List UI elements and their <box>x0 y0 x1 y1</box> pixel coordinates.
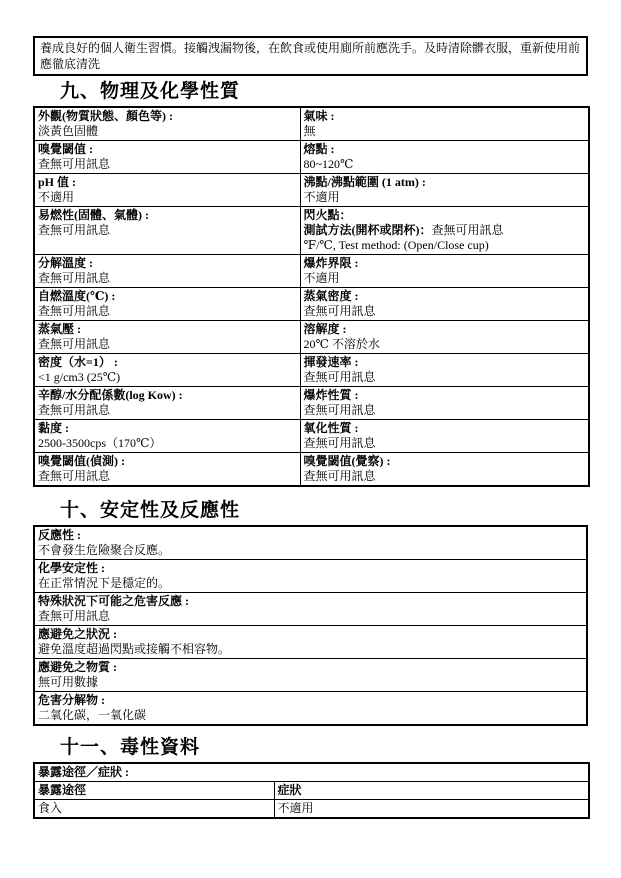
table-row: 嗅覺閾值(偵測) : 查無可用訊息 嗅覺閾值(覺察) : 查無可用訊息 <box>34 453 589 487</box>
table-row: 特殊狀況下可能之危害反應 : 查無可用訊息 <box>34 593 587 626</box>
property-label: 熔點 : <box>304 142 586 157</box>
property-value: 在正常情況下是穩定的。 <box>38 576 583 591</box>
table-row: 危害分解物 : 二氧化碳，一氧化碳 <box>34 692 587 726</box>
table-row: pH 值 : 不適用 沸點/沸點範圍 (1 atm) : 不適用 <box>34 174 589 207</box>
property-cell: 嗅覺閾值(偵測) : 查無可用訊息 <box>34 453 300 487</box>
property-value: 避免溫度超過閃點或接觸不相容物。 <box>38 642 583 657</box>
property-value: 查無可用訊息 <box>304 304 586 319</box>
property-label: 反應性 : <box>38 528 583 543</box>
property-cell: 危害分解物 : 二氧化碳，一氧化碳 <box>34 692 587 726</box>
property-label: 嗅覺閾值 : <box>38 142 297 157</box>
property-value: 查無可用訊息 <box>38 609 583 624</box>
property-value: 查無可用訊息 <box>38 223 297 238</box>
column-header-cell: 症狀 <box>274 782 589 800</box>
table-row: 辛醇/水分配係數(log Kow) : 查無可用訊息 爆炸性質 : 查無可用訊息 <box>34 387 589 420</box>
toxicity-table: 暴露途徑／症狀 : 暴露途徑 症狀 食入 不適用 <box>33 762 590 819</box>
property-cell: 閃火點： 測試方法(開杯或閉杯)：查無可用訊息 ℉/℃, Test method… <box>300 207 589 255</box>
property-cell: 分解溫度 : 查無可用訊息 <box>34 255 300 288</box>
table-row: 外觀(物質狀態、顏色等) : 淡黃色固體 氣味 : 無 <box>34 107 589 141</box>
property-value: 不適用 <box>304 190 586 205</box>
property-value: 不會發生危險聚合反應。 <box>38 543 583 558</box>
property-cell: 熔點 : 80~120℃ <box>300 141 589 174</box>
property-cell: pH 值 : 不適用 <box>34 174 300 207</box>
property-value: 二氧化碳，一氧化碳 <box>38 708 583 723</box>
property-label: 特殊狀況下可能之危害反應 : <box>38 594 583 609</box>
property-value: 80~120℃ <box>304 157 586 172</box>
table-row: 黏度 : 2500-3500cps（170℃） 氧化性質 : 查無可用訊息 <box>34 420 589 453</box>
property-value: <1 g/cm3 (25℃) <box>38 370 297 385</box>
property-label: 爆炸界限 : <box>304 256 586 271</box>
property-value: 測試方法(開杯或閉杯)：查無可用訊息 <box>304 223 586 238</box>
property-value: 淡黃色固體 <box>38 124 297 139</box>
property-value: 無 <box>304 124 586 139</box>
section-11-heading: 十一、毒性資料 <box>60 737 588 759</box>
property-value: 查無可用訊息 <box>38 337 297 352</box>
sds-page: 養成良好的個人衛生習慣。接觸洩漏物後，在飲食或使用廁所前應洗手。及時清除髒衣服，… <box>33 36 588 819</box>
property-label: 應避免之物質 : <box>38 660 583 675</box>
property-value: 查無可用訊息 <box>38 403 297 418</box>
exposure-caption-cell: 暴露途徑／症狀 : <box>34 763 589 782</box>
property-cell: 嗅覺閾值 : 查無可用訊息 <box>34 141 300 174</box>
property-cell: 爆炸性質 : 查無可用訊息 <box>300 387 589 420</box>
exposure-caption-label: 暴露途徑／症狀 : <box>38 765 585 780</box>
table-row: 應避免之物質 : 無可用數據 <box>34 659 587 692</box>
property-cell: 應避免之狀況 : 避免溫度超過閃點或接觸不相容物。 <box>34 626 587 659</box>
table-row: 暴露途徑／症狀 : <box>34 763 589 782</box>
section-10-heading: 十、安定性及反應性 <box>60 500 588 522</box>
property-value: 無可用數據 <box>38 675 583 690</box>
property-label: 嗅覺閾值(覺察) : <box>304 454 586 469</box>
property-value: 查無可用訊息 <box>38 469 297 484</box>
property-cell: 密度（水=1） : <1 g/cm3 (25℃) <box>34 354 300 387</box>
property-value: 查無可用訊息 <box>38 157 297 172</box>
property-label: 閃火點： <box>304 208 586 223</box>
property-cell: 沸點/沸點範圍 (1 atm) : 不適用 <box>300 174 589 207</box>
table-row: 食入 不適用 <box>34 800 589 819</box>
property-cell: 特殊狀況下可能之危害反應 : 查無可用訊息 <box>34 593 587 626</box>
property-label: 氣味 : <box>304 109 586 124</box>
table-row: 反應性 : 不會發生危險聚合反應。 <box>34 526 587 560</box>
property-value: 查無可用訊息 <box>38 271 297 286</box>
property-label: 爆炸性質 : <box>304 388 586 403</box>
property-label: 分解溫度 : <box>38 256 297 271</box>
property-label: 辛醇/水分配係數(log Kow) : <box>38 388 297 403</box>
exposure-route-value: 食入 <box>38 801 271 816</box>
property-label: 蒸氣壓 : <box>38 322 297 337</box>
property-cell: 應避免之物質 : 無可用數據 <box>34 659 587 692</box>
table-row: 自燃溫度(℃) : 查無可用訊息 蒸氣密度 : 查無可用訊息 <box>34 288 589 321</box>
table-row: 蒸氣壓 : 查無可用訊息 溶解度 : 20℃ 不溶於水 <box>34 321 589 354</box>
table-row: 化學安定性 : 在正常情況下是穩定的。 <box>34 560 587 593</box>
property-label: 自燃溫度(℃) : <box>38 289 297 304</box>
property-cell: 嗅覺閾值(覺察) : 查無可用訊息 <box>300 453 589 487</box>
property-label: pH 值 : <box>38 175 297 190</box>
property-label: 氧化性質 : <box>304 421 586 436</box>
property-label: 應避免之狀況 : <box>38 627 583 642</box>
property-cell: 蒸氣壓 : 查無可用訊息 <box>34 321 300 354</box>
table-row: 易燃性(固體、氣體) : 查無可用訊息 閃火點： 測試方法(開杯或閉杯)：查無可… <box>34 207 589 255</box>
section-9-heading: 九、物理及化學性質 <box>60 81 588 103</box>
property-cell: 反應性 : 不會發生危險聚合反應。 <box>34 526 587 560</box>
property-value: 不適用 <box>304 271 586 286</box>
property-cell: 氧化性質 : 查無可用訊息 <box>300 420 589 453</box>
property-label: 外觀(物質狀態、顏色等) : <box>38 109 297 124</box>
property-cell: 黏度 : 2500-3500cps（170℃） <box>34 420 300 453</box>
property-value: 查無可用訊息 <box>304 403 586 418</box>
property-label: 溶解度 : <box>304 322 586 337</box>
property-cell: 易燃性(固體、氣體) : 查無可用訊息 <box>34 207 300 255</box>
property-value: 不適用 <box>38 190 297 205</box>
property-cell: 溶解度 : 20℃ 不溶於水 <box>300 321 589 354</box>
property-value: ℉/℃, Test method: (Open/Close cup) <box>304 238 586 253</box>
exposure-route-cell: 食入 <box>34 800 274 819</box>
stability-reactivity-table: 反應性 : 不會發生危險聚合反應。 化學安定性 : 在正常情況下是穩定的。 特殊… <box>33 525 588 726</box>
property-cell: 氣味 : 無 <box>300 107 589 141</box>
symptom-value: 不適用 <box>278 801 586 816</box>
table-row: 暴露途徑 症狀 <box>34 782 589 800</box>
property-sublabel: 測試方法(開杯或閉杯)： <box>304 223 432 237</box>
property-label: 危害分解物 : <box>38 693 583 708</box>
physical-chemical-properties-table: 外觀(物質狀態、顏色等) : 淡黃色固體 氣味 : 無 嗅覺閾值 : 查無可用訊… <box>33 106 590 487</box>
property-label: 化學安定性 : <box>38 561 583 576</box>
table-row: 嗅覺閾值 : 查無可用訊息 熔點 : 80~120℃ <box>34 141 589 174</box>
property-value: 查無可用訊息 <box>304 436 586 451</box>
property-value: 查無可用訊息 <box>38 304 297 319</box>
property-label: 沸點/沸點範圍 (1 atm) : <box>304 175 586 190</box>
symptom-cell: 不適用 <box>274 800 589 819</box>
precaution-note: 養成良好的個人衛生習慣。接觸洩漏物後，在飲食或使用廁所前應洗手。及時清除髒衣服，… <box>33 36 588 76</box>
property-label: 嗅覺閾值(偵測) : <box>38 454 297 469</box>
property-cell: 外觀(物質狀態、顏色等) : 淡黃色固體 <box>34 107 300 141</box>
property-cell: 揮發速率 : 查無可用訊息 <box>300 354 589 387</box>
property-cell: 爆炸界限 : 不適用 <box>300 255 589 288</box>
property-value: 2500-3500cps（170℃） <box>38 436 297 451</box>
property-label: 密度（水=1） : <box>38 355 297 370</box>
property-label: 蒸氣密度 : <box>304 289 586 304</box>
column-header-symptoms: 症狀 <box>278 783 586 798</box>
property-value: 查無可用訊息 <box>304 370 586 385</box>
property-cell: 辛醇/水分配係數(log Kow) : 查無可用訊息 <box>34 387 300 420</box>
column-header-exposure-route: 暴露途徑 <box>38 783 271 798</box>
column-header-cell: 暴露途徑 <box>34 782 274 800</box>
property-cell: 自燃溫度(℃) : 查無可用訊息 <box>34 288 300 321</box>
property-value: 20℃ 不溶於水 <box>304 337 586 352</box>
property-label: 黏度 : <box>38 421 297 436</box>
property-cell: 蒸氣密度 : 查無可用訊息 <box>300 288 589 321</box>
property-cell: 化學安定性 : 在正常情況下是穩定的。 <box>34 560 587 593</box>
property-label: 揮發速率 : <box>304 355 586 370</box>
property-label: 易燃性(固體、氣體) : <box>38 208 297 223</box>
table-row: 分解溫度 : 查無可用訊息 爆炸界限 : 不適用 <box>34 255 589 288</box>
table-row: 密度（水=1） : <1 g/cm3 (25℃) 揮發速率 : 查無可用訊息 <box>34 354 589 387</box>
property-value: 查無可用訊息 <box>304 469 586 484</box>
table-row: 應避免之狀況 : 避免溫度超過閃點或接觸不相容物。 <box>34 626 587 659</box>
property-subvalue: 查無可用訊息 <box>432 223 504 237</box>
